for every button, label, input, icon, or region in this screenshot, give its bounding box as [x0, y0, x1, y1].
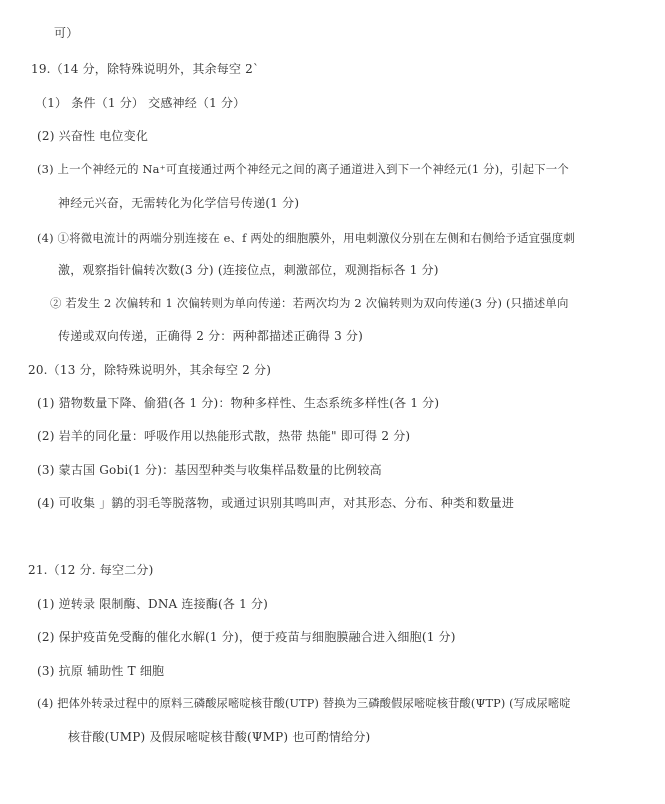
q19-part-3-cont: 神经元兴奋，无需转化为化学信号传递(1 分) — [58, 195, 299, 211]
question-21-header: 21.（12 分. 每空二分) — [28, 562, 153, 578]
q21-part-1: (1) 逆转录 限制酶、DNA 连接酶(各 1 分) — [37, 596, 268, 612]
q20-part-4: (4) 可收集 」鹟的羽毛等脱落物，或通过识别其鸣叫声，对其形态、分布、种类和数… — [37, 495, 514, 511]
question-20-header: 20.（13 分，除特殊说明外，其余每空 2 分) — [28, 362, 271, 378]
q20-part-3: (3) 蒙古国 Gobi(1 分)：基因型种类与收集样品数量的比例较高 — [37, 462, 382, 478]
q21-part-2: (2) 保护疫苗免受酶的催化水解(1 分)，便于疫苗与细胞膜融合进入细胞(1 分… — [37, 629, 456, 645]
text-line-continuation: 可） — [54, 25, 78, 41]
q19-part-4-2-cont: 传递或双向传递，正确得 2 分：两种都描述正确得 3 分) — [58, 328, 363, 344]
q20-part-1: (1) 猎物数量下降、偷猎(各 1 分)：物种多样性、生态系统多样性(各 1 分… — [37, 395, 439, 411]
q20-part-2: (2) 岩羊的同化量：呼吸作用以热能形式散，热带 热能" 即可得 2 分) — [37, 428, 410, 444]
q21-part-3: (3) 抗原 辅助性 T 细胞 — [37, 663, 164, 679]
q19-part-4-1-cont: 激，观察指针偏转次数(3 分) (连接位点，刺激部位，观测指标各 1 分) — [58, 262, 439, 278]
q19-part-2: (2) 兴奋性 电位变化 — [37, 128, 148, 144]
q21-part-4-cont: 核苷酸(UMP) 及假尿嘧啶核苷酸(ΨMP) 也可酌情给分) — [68, 729, 370, 745]
q19-part-3: (3) 上一个神经元的 Na⁺可直接通过两个神经元之间的离子通道进入到下一个神经… — [37, 161, 569, 177]
q19-part-4-2: ② 若发生 2 次偏转和 1 次偏转则为单向传递：若两次均为 2 次偏转则为双向… — [50, 295, 569, 311]
q21-part-4: (4) 把体外转录过程中的原料三磷酸尿嘧啶核苷酸(UTP) 替换为三磷酸假尿嘧啶… — [37, 696, 571, 712]
q19-part-1: （1） 条件（1 分） 交感神经（1 分） — [35, 95, 245, 111]
q19-part-4-1: (4) ①将微电流计的两端分别连接在 e、f 两处的细胞膜外，用电刺激仪分别在左… — [37, 230, 575, 246]
question-19-header: 19.（14 分，除特殊说明外，其余每空 2` — [31, 61, 259, 77]
